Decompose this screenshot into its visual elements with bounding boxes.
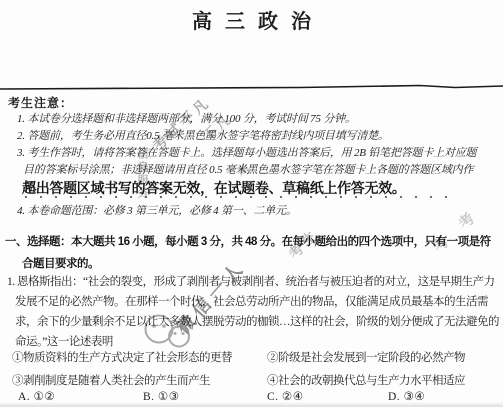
question-1-option-3: ③剥削制度是随着人类社会的产生而产生 [12, 372, 210, 388]
notice-item-number: 1. [17, 113, 25, 125]
question-stem-text: 恩格斯指出：“社会的裂变，形成了剥削者与被剥削者、统治者与被压迫者的对立，这是早… [15, 276, 499, 348]
notice-item-4: 4. 本卷命题范围：必修 3 第三单元，必修 4 第一、二单元。 [17, 203, 297, 220]
option-text: 社会的改朝换代总与生产力水平相适应 [278, 375, 465, 387]
notice-item-number: 4. [17, 205, 25, 217]
option-circled-number: ④ [267, 375, 278, 387]
scan-edge-shadow [0, 402, 503, 407]
answer-choice-d: D. ③④ [388, 389, 425, 403]
notice-item-text: 答题前，考生务必用直径0.5 毫米黑色墨水签字笔将密封线内项目填写清楚。 [27, 130, 388, 142]
notice-item-1: 1. 本试卷分选择题和非选择题两部分，满分 100 分，考试时间 75 分钟。 [17, 111, 356, 128]
option-circled-number: ② [267, 352, 278, 364]
question-number: 1. [7, 276, 15, 288]
option-circled-number: ① [12, 352, 23, 364]
notice-item-text: 本卷命题范围：必修 3 第三单元，必修 4 第一、二单元。 [27, 205, 296, 217]
option-text: 阶级是社会发展到一定阶段的必然产物 [278, 352, 465, 364]
dotted-cut-line [25, 196, 449, 198]
answer-choice-c: C. ②④ [267, 389, 304, 403]
header-divider-line [0, 83, 503, 92]
question-1-option-4: ④社会的改朝换代总与生产力水平相适应 [267, 372, 465, 388]
option-circled-number: ③ [12, 375, 23, 387]
exam-paper-page: 考试不凡 不凡 信息服务 微信一人 考 考生 考 考 高三政治 考生注意： 1.… [0, 0, 503, 407]
answer-choice-b: B. ①③ [143, 389, 180, 403]
option-text: 物质资料的生产方式决定了社会形态的更替 [23, 352, 232, 364]
notice-item-3-bold-warning: 超出答题区域书写的答案无效，在试题卷、草稿纸上作答无效。 [22, 178, 406, 198]
notice-heading: 考生注意： [8, 94, 73, 111]
page-title: 高三政治 [0, 5, 503, 34]
question-1-stem: 1. 恩格斯指出：“社会的裂变，形成了剥削者与被剥削者、统治者与被压迫者的对立，… [7, 272, 499, 352]
question-1-option-1: ①物质资料的生产方式决定了社会形态的更替 [12, 349, 232, 365]
notice-item-number: 3. [17, 147, 25, 159]
option-text: 剥削制度是随着人类社会的产生而产生 [23, 375, 210, 387]
section-header-choice-questions: 一、选择题：本大题共 16 小题，每小题 3 分，共 48 分。在每小题给出的四… [5, 231, 499, 275]
answer-choice-a: A. ①② [18, 389, 55, 403]
notice-item-text: 本试卷分选择题和非选择题两部分，满分 100 分，考试时间 75 分钟。 [27, 113, 355, 125]
notice-item-2: 2. 答题前，考生务必用直径0.5 毫米黑色墨水签字笔将密封线内项目填写清楚。 [17, 128, 389, 145]
notice-item-number: 2. [17, 130, 25, 142]
question-1-option-2: ②阶级是社会发展到一定阶段的必然产物 [267, 349, 465, 365]
